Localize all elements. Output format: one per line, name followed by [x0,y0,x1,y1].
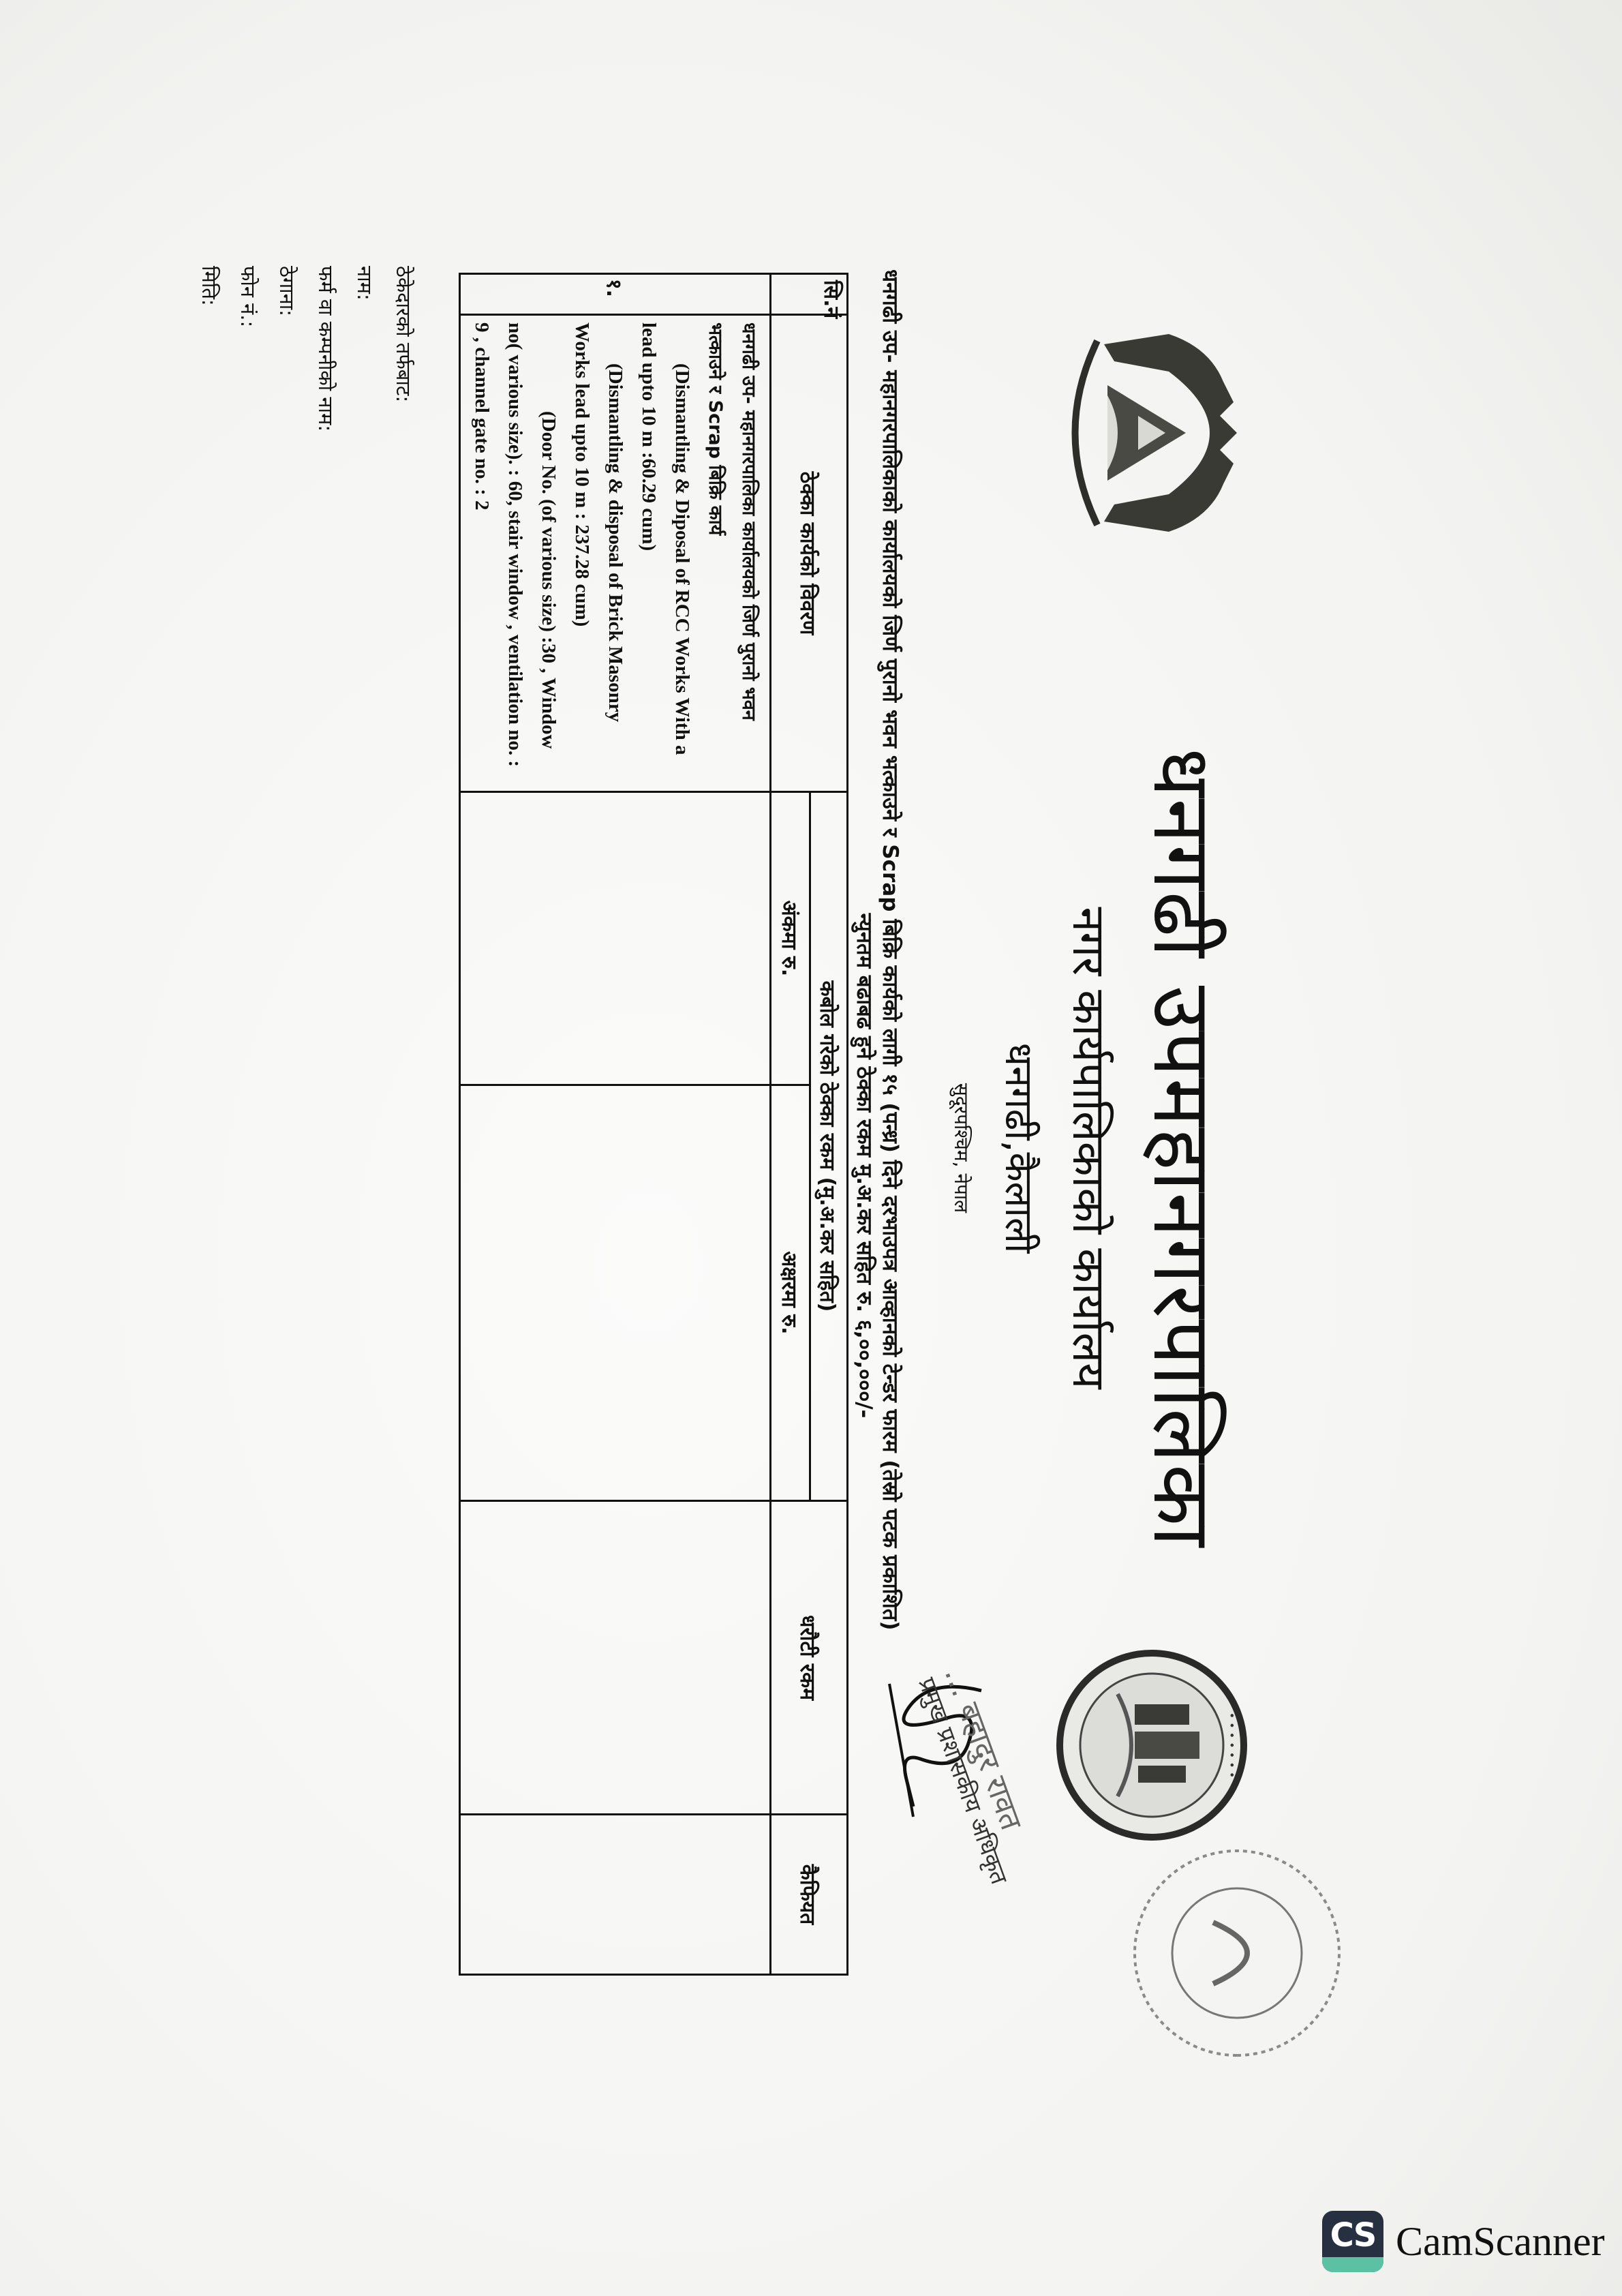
row-serial: १. [460,274,771,315]
desc-item1-line2: lead upto 10 m :60.29 cum) [632,322,665,784]
bidder-firm-field[interactable]: फर्म वा कम्पनीको नाम: [306,266,345,432]
desc-title-line1: धनगढी उप- महानगरपालिका कार्यालयको जिर्ण … [732,322,765,784]
official-seal-icon: • • • • • • • [1050,1633,1254,1858]
bidder-heading: ठेकेदारको तर्फबाट: [384,266,423,432]
bidder-name-field[interactable]: नाम: [345,266,384,432]
camscanner-logo-text: CS [1322,2216,1383,2254]
tender-table: सि.नं ठेक्का कार्यको विवरण कबोल गरेको ठे… [459,273,848,1976]
minimum-amount-text: न्युनतम बढाबढ हुने ठेक्का रकम मु.अ.कर सह… [851,913,879,1419]
desc-item3-line2: no( various size). : 60, stair window , … [498,322,532,784]
desc-item1-line1: (Dismantling & Diposal of RCC Works With… [665,322,699,784]
svg-text:• • • • • • •: • • • • • • • [1225,1712,1238,1779]
header-bid-figures: अंकमा रु. [771,792,810,1085]
header-deposit: धरौटी रकम [771,1501,848,1815]
tender-intro-text: धनगढी उप- महानगरपालिकाको कार्यालयको जिर्… [876,269,905,2110]
document-sheet: धनगढी उपमहानगरपालिका नगर कार्यपालिकाको क… [0,0,1622,2296]
desc-item3-line1: (Door No. (of various size) :30 , Window [532,322,565,784]
bid-amount-words-field[interactable] [460,1085,771,1501]
camscanner-brand-text: CamScanner [1396,2218,1605,2265]
office-subtitle: नगर कार्यपालिकाको कार्यालय [1060,0,1121,2296]
bidder-date-field[interactable]: मिति: [189,266,228,432]
row-description: धनगढी उप- महानगरपालिका कार्यालयको जिर्ण … [460,315,771,792]
table-row: १. धनगढी उप- महानगरपालिका कार्यालयको जिर… [460,274,771,1975]
district-line: धनगढी,कैलाली [994,0,1046,2296]
office-stamp-icon [1124,1841,1349,2066]
desc-item2-line2: Works lead upto 10 m : 237.28 cum) [565,322,598,784]
header-bid-words: अक्षरमा रु. [771,1085,810,1501]
province-line: सुदूरपश्चिम, नेपाल [949,0,975,2296]
camscanner-logo-icon: CS [1322,2211,1383,2272]
bidder-phone-field[interactable]: फोन नं.: [228,266,267,432]
bidder-address-field[interactable]: ठेगाना: [267,266,306,432]
header-description: ठेक्का कार्यको विवरण [771,315,848,792]
bidder-details: ठेकेदारको तर्फबाट: नाम: फर्म वा कम्पनीको… [189,266,423,432]
camscanner-logo-bar [1322,2257,1383,2272]
camscanner-watermark: CS CamScanner [1322,2211,1605,2272]
remarks-field[interactable] [460,1815,771,1975]
header-serial: सि.नं [771,274,848,315]
table-header-row: सि.नं ठेक्का कार्यको विवरण कबोल गरेको ठे… [810,274,848,1975]
bid-amount-figures-field[interactable] [460,792,771,1085]
deposit-amount-field[interactable] [460,1501,771,1815]
desc-item2-line1: (Dismantling & disposal of Brick Masonry [598,322,632,784]
desc-item3-line3: 9 , channel gate no. : 2 [465,322,498,784]
header-bid-amount: कबोल गरेको ठेक्का रकम (मु.अ.कर सहित) [810,792,848,1501]
desc-title-line2: भत्काउने र Scrap बिक्रि कार्य [699,322,732,784]
header-remarks: कैफियत [771,1815,848,1975]
